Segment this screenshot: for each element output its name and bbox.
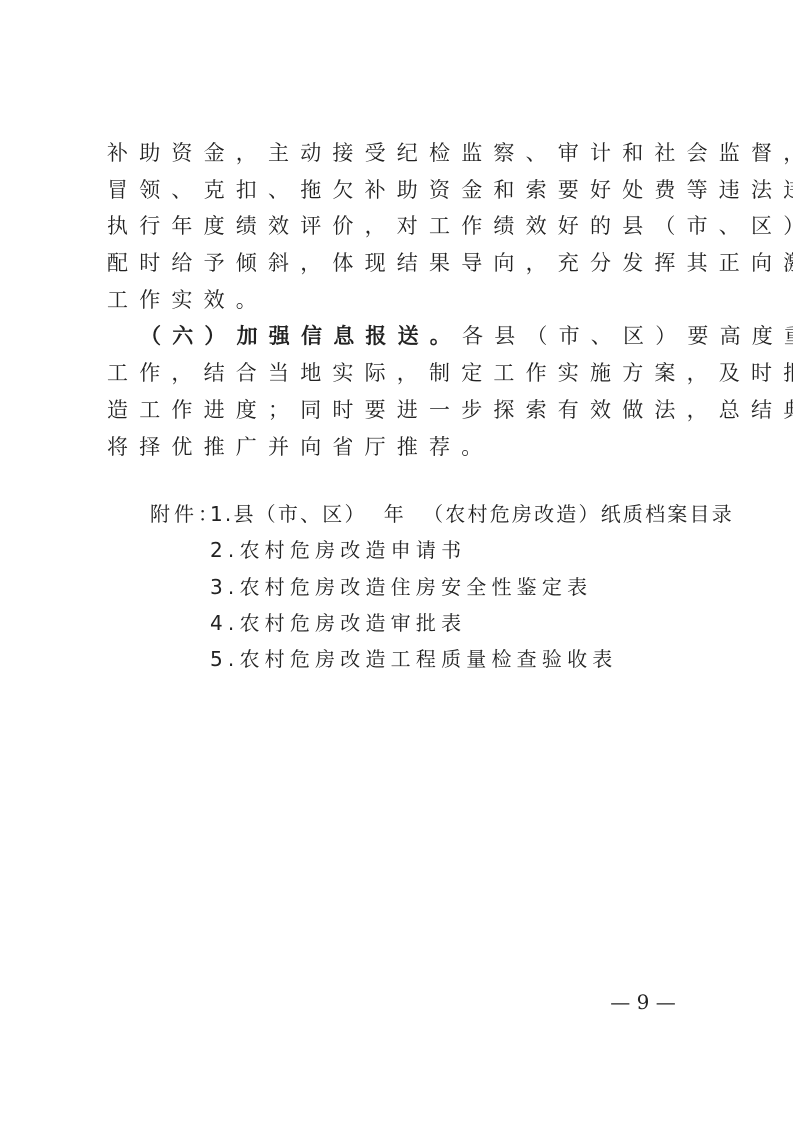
attachments-list: 附件：1.县（市、区） 年 （农村危房改造）纸质档案目录 2.农村危房改造申请书… [150, 496, 710, 677]
paragraph-line: 配时给予倾斜，体现结果导向，充分发挥其正向激励作用，提升 [107, 245, 697, 282]
attachment-item: 2.农村危房改造申请书 [150, 532, 710, 568]
section-heading: （六）加强信息报送。 [140, 323, 462, 348]
attachment-item: 5.农村危房改造工程质量检查验收表 [150, 641, 710, 677]
paragraph-line: 将择优推广并向省厅推荐。 [107, 429, 697, 466]
paragraph-line: 执行年度绩效评价，对工作绩效好的县（市、区）在补助资金分 [107, 208, 697, 245]
paragraph-line: 造工作进度；同时要进一步探索有效做法，总结典型经验，市局 [107, 392, 697, 429]
attachment-item: 3.农村危房改造住房安全性鉴定表 [150, 569, 710, 605]
paragraph-line: 工作实效。 [107, 282, 697, 319]
attachment-item-text: 2.农村危房改造申请书 [210, 532, 466, 568]
section-heading-line: （六）加强信息报送。各县（市、区）要高度重视信息报送 [107, 318, 697, 355]
attachment-item-text: 1.县（市、区） 年 （农村危房改造）纸质档案目录 [210, 496, 734, 532]
paragraph-line: 补助资金，主动接受纪检监察、审计和社会监督，坚决查处挪用、 [107, 135, 697, 172]
section-heading-rest: 各县（市、区）要高度重视信息报送 [462, 324, 793, 348]
attachment-item-text: 5.农村危房改造工程质量检查验收表 [210, 641, 617, 677]
attachment-item-text: 3.农村危房改造住房安全性鉴定表 [210, 569, 592, 605]
page-number: — 9 — [598, 990, 688, 1014]
attachments-label: 附件： [150, 496, 210, 532]
paragraph-line: 工作，结合当地实际，制定工作实施方案，及时报送农村危房改 [107, 355, 697, 392]
document-page: 补助资金，主动接受纪检监察、审计和社会监督，坚决查处挪用、 冒领、克扣、拖欠补助… [0, 0, 793, 1122]
attachment-item: 4.农村危房改造审批表 [150, 605, 710, 641]
attachment-item-text: 4.农村危房改造审批表 [210, 605, 466, 641]
paragraph-line: 冒领、克扣、拖欠补助资金和索要好处费等违法违规违纪行为。 [107, 172, 697, 209]
attachment-item: 附件：1.县（市、区） 年 （农村危房改造）纸质档案目录 [150, 496, 710, 532]
body-text: 补助资金，主动接受纪检监察、审计和社会监督，坚决查处挪用、 冒领、克扣、拖欠补助… [107, 135, 697, 465]
